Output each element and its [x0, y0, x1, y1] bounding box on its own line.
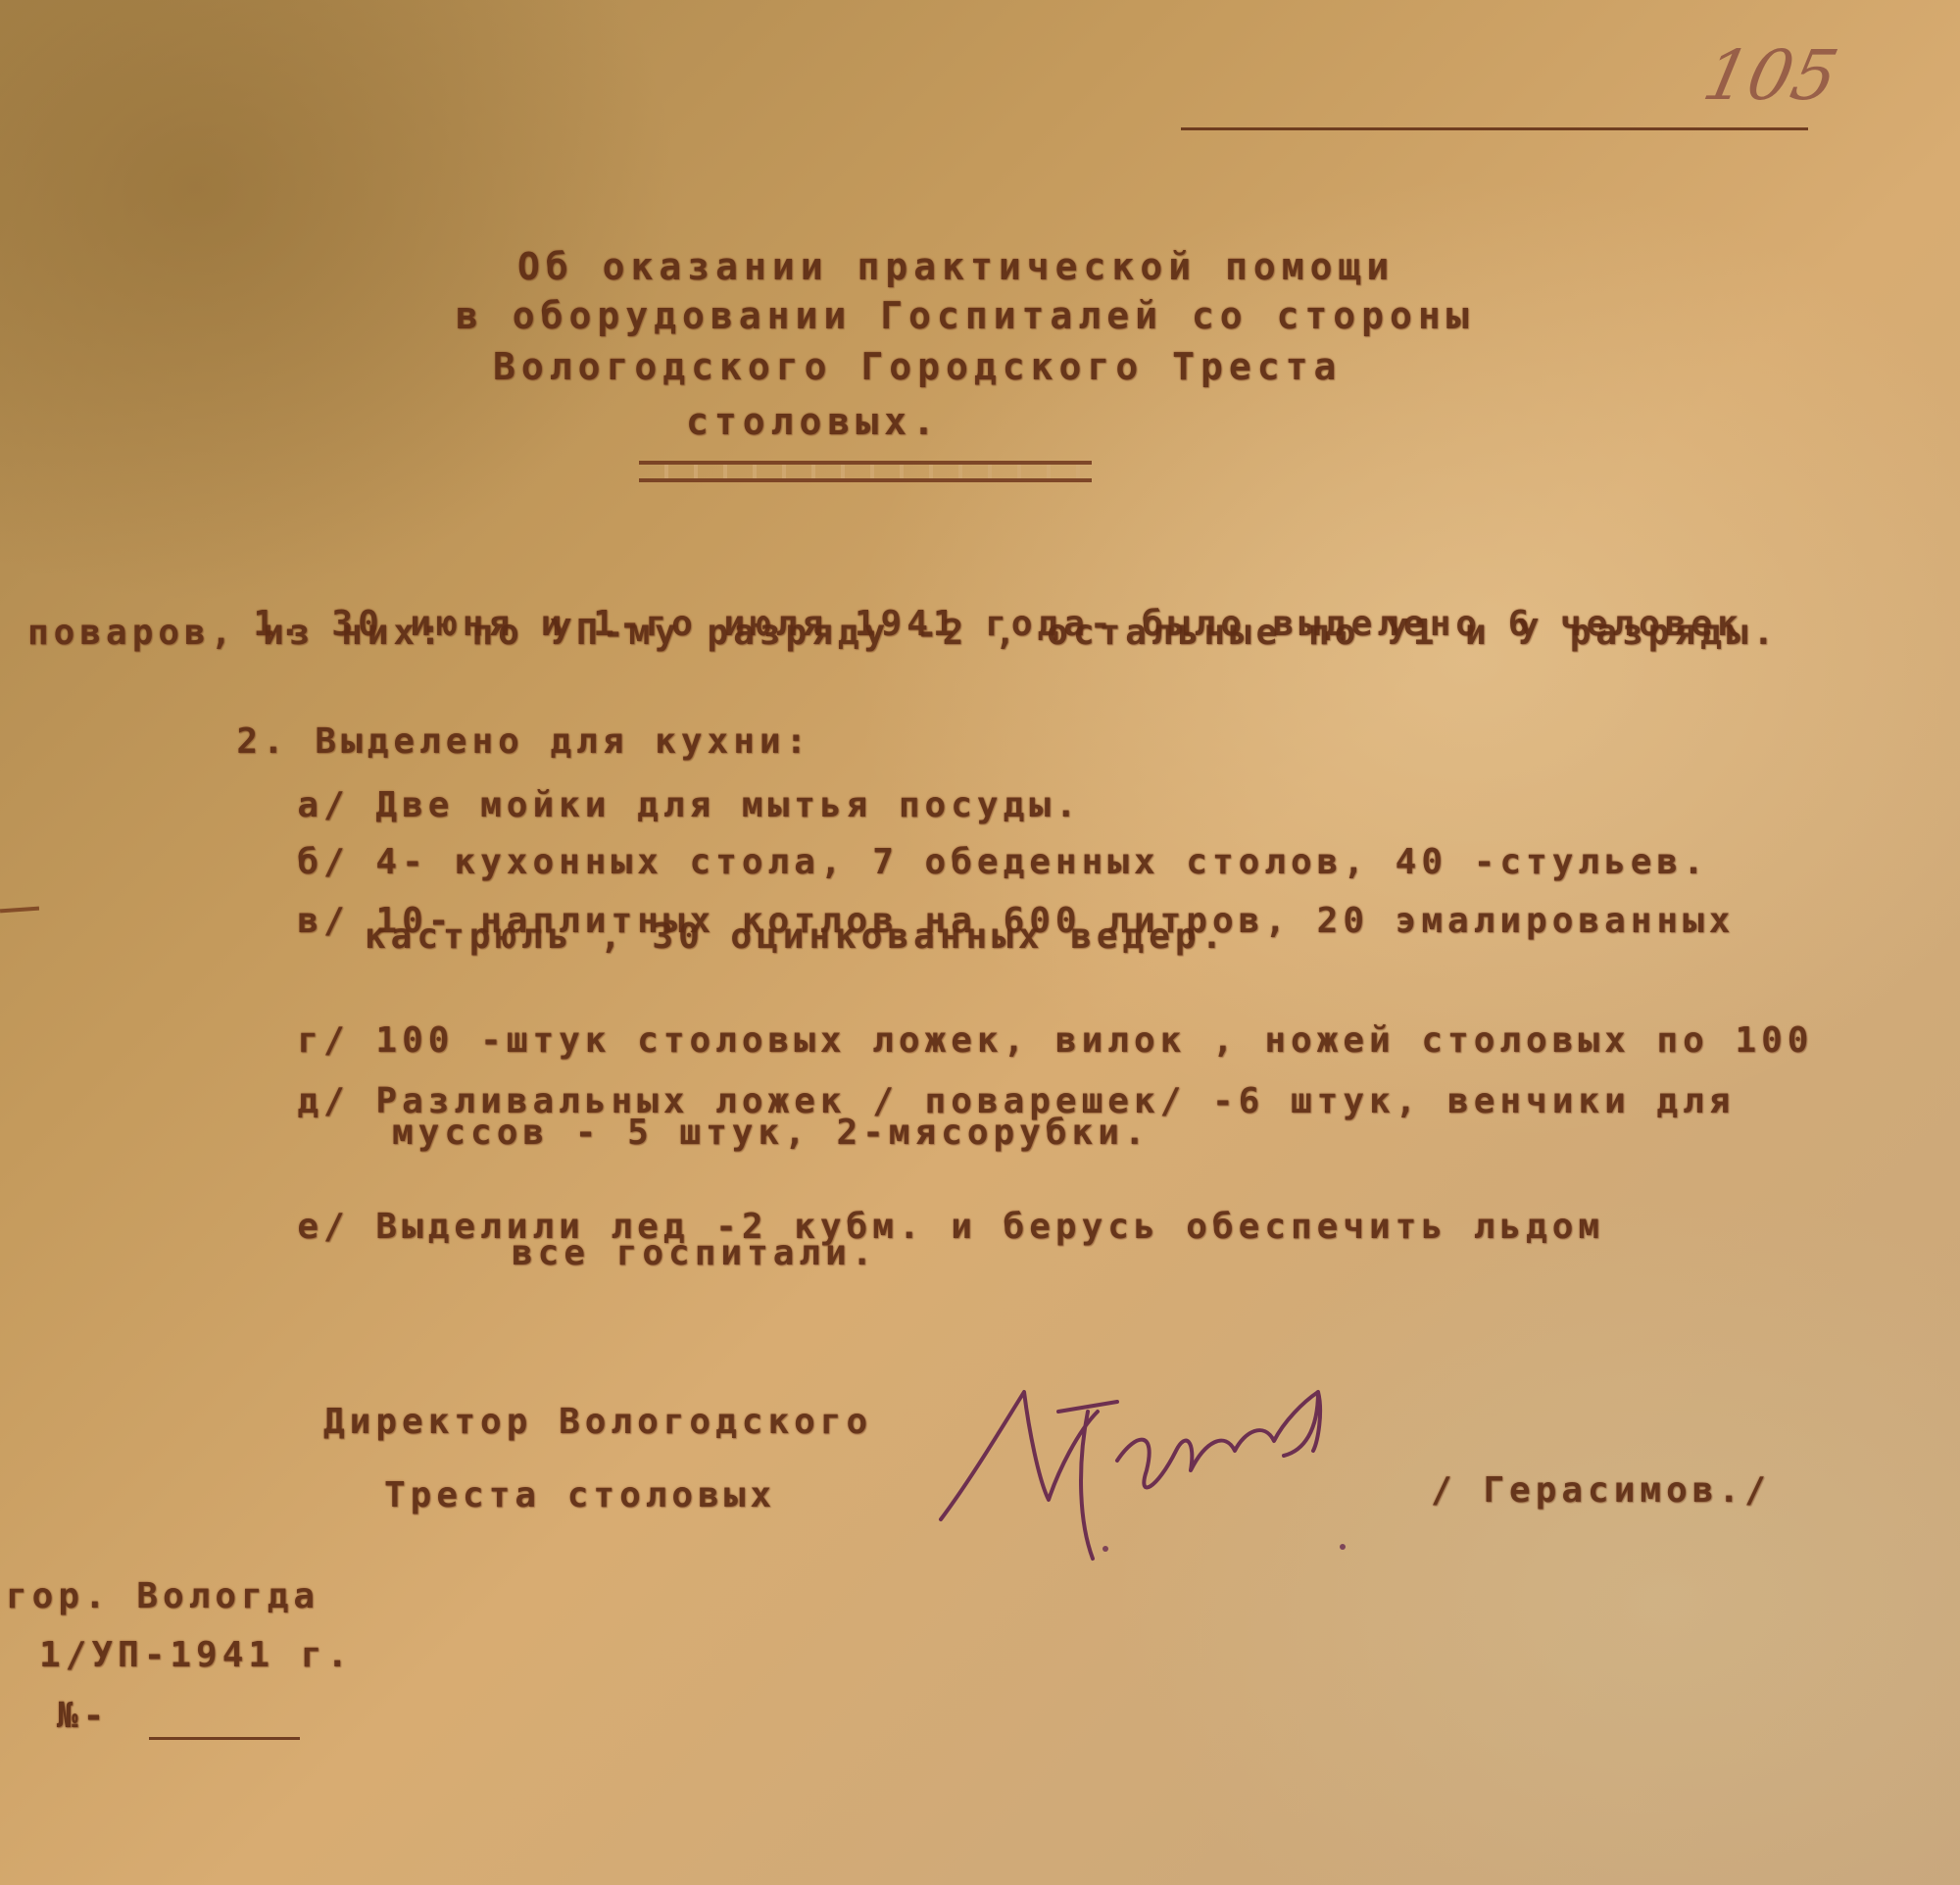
handwritten-signature-icon [931, 1372, 1480, 1568]
footer-city: гор. Вологда [6, 1576, 319, 1616]
title-line-1: Об оказании практической помощи [517, 245, 1395, 288]
item-1-line-2: поваров, из них: по УП-му разряду -2 , о… [27, 613, 1779, 653]
signatory-title-1: Директор Вологодского [323, 1402, 872, 1442]
subitem-e: е/ Выделили лед -2 кубм. и берусь обеспе… [245, 1166, 1604, 1247]
page-number: 105 [1696, 35, 1844, 116]
title-underline [639, 461, 1092, 482]
subitem-d-line-2: муссов - 5 штук, 2-мясорубки. [392, 1113, 1151, 1153]
subitem-d: д/ Разливальных ложек / поварешек/ -6 шт… [245, 1041, 1735, 1121]
title-line-3: Вологодского Городского Треста [493, 345, 1342, 388]
title-line-4: столовых. [686, 400, 941, 443]
title-line-2: в оборудовании Госпиталей со стороны [456, 294, 1475, 337]
signatory-name: / Герасимов./ [1431, 1470, 1771, 1511]
subitem-v-label: в/ [297, 901, 349, 941]
margin-mark [0, 907, 39, 914]
subitem-e-label: е/ [297, 1207, 349, 1247]
footer-number-blank [149, 1737, 300, 1740]
subitem-d-label: д/ [297, 1081, 349, 1121]
subitem-v-line-2: кастрюль , 30 оцинкованных ведер. [365, 917, 1227, 957]
footer-date: 1/УП-1941 г. [39, 1635, 353, 1675]
header-rule [1181, 127, 1808, 130]
subitem-e-line-2: все госпитали. [512, 1233, 877, 1273]
footer-number-label: №- [57, 1696, 109, 1736]
signatory-title-2: Треста столовых [384, 1475, 776, 1515]
